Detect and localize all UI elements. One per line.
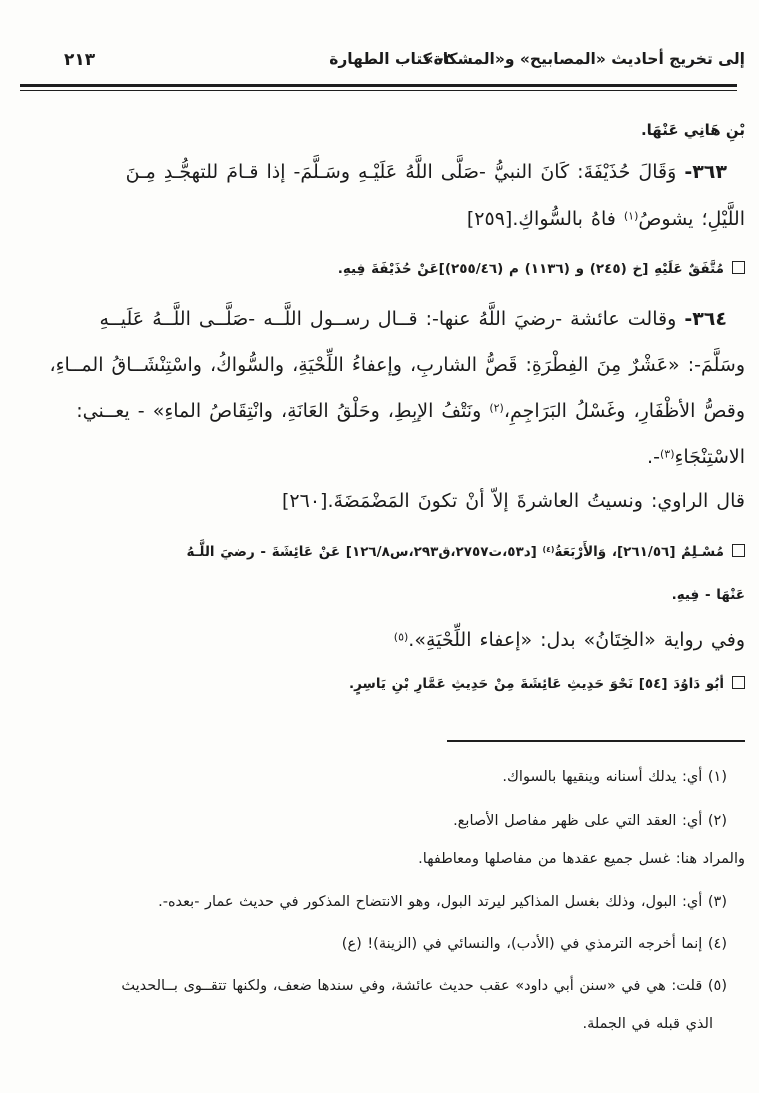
footnote-2-continuation: والمراد هنا: غسل جميع عقدها من مفاصلها و… — [418, 850, 745, 870]
hadith-364-line-4: الاسْتِنْجَاءِ(٣)-. — [647, 445, 745, 471]
hadith-364-takhrij-line-2: عَنْهَا - فِيهِ. — [672, 586, 745, 604]
hadith-364-text-3b: ونَتْفُ الإبِطِ، وحَلْقُ العَانَةِ، وانْ… — [76, 400, 489, 422]
hadith-363-text-2b: فاهُ بالسُّواكِ.[٢٥٩] — [467, 208, 624, 230]
variant-reading-line: وفي رواية «الخِتَانُ» بدل: «إعفاء اللِّح… — [394, 628, 745, 654]
footnote-5-continuation: الذي قبله في الجملة. — [582, 1015, 713, 1035]
hadith-364-text-3a: وقصُّ الأظْفَارِ، وغَسْلُ البَرَاجِمِ، — [504, 400, 745, 422]
takhrij-square-icon — [732, 261, 745, 274]
narrator-remark-line: قال الراوي: ونسيتُ العاشرةَ إلاّ أنْ تكو… — [282, 489, 745, 515]
hadith-364-line-2: وسَلَّمَ-: «عَشْرٌ مِنَ الفِطْرَةِ: قَصُ… — [49, 353, 745, 379]
hadith-364-number: ٣٦٤- — [684, 308, 727, 330]
hadith-363-takhrij-text: مُتَّفَقٌ عَلَيْهِ [خ (٢٤٥) و (١١٣٦) م (… — [338, 261, 724, 277]
footnote-3: (٣) أي: البول، وذلك بغسل المذاكير ليرتد … — [158, 893, 727, 913]
hadith-364-text-1: وقالت عائشة -رضيَ اللَّهُ عنها-: قــال ر… — [99, 308, 684, 330]
footnote-separator-rule — [447, 740, 745, 742]
hadith-364-takhrij-text-a: مُسْـلِمٌ [٢٦١/٥٦]، وَالأَرْبَعَةُ — [554, 544, 724, 560]
hadith-363-takhrij: مُتَّفَقٌ عَلَيْهِ [خ (٢٤٥) و (١١٣٦) م (… — [338, 260, 745, 278]
footnote-1: (١) أي: يدلك أسنانه وينقيها بالسواك. — [502, 768, 727, 788]
takhrij-square-icon — [732, 544, 745, 557]
header-double-rule — [20, 84, 737, 91]
footnote-ref-5: (٥) — [394, 631, 409, 644]
hadith-364-line-1: ٣٦٤- وقالت عائشة -رضيَ اللَّهُ عنها-: قـ… — [99, 307, 727, 333]
hadith-363-number: ٣٦٣- — [684, 161, 727, 183]
hadith-363-text-2a: اللَّيْلِ؛ يشوصُ — [638, 208, 745, 230]
footnote-ref-1: (١) — [624, 210, 639, 223]
hadith-363-line-1: ٣٦٣- وَقَالَ حُذَيْفَةَ: كَانَ النبيُّ -… — [126, 160, 727, 186]
footnote-4: (٤) إنما أخرجه الترمذي في (الأدب)، والنس… — [342, 935, 727, 955]
takhrij-square-icon — [732, 676, 745, 689]
footnote-ref-4: (٤) — [543, 545, 555, 554]
book-page: إلى تخريج أحاديث «المصابيح» و«المشكاة» ٣… — [0, 0, 759, 1093]
hadith-364-text-4b: -. — [647, 446, 660, 468]
hadith-363-line-2: اللَّيْلِ؛ يشوصُ(١) فاهُ بالسُّواكِ.[٢٥٩… — [467, 207, 745, 233]
hadith-364-line-3: وقصُّ الأظْفَارِ، وغَسْلُ البَرَاجِمِ،(٢… — [76, 399, 745, 425]
isnad-continuation-line: بْنِ هَانِي عَنْهَا. — [641, 120, 745, 140]
page-number: ٢١٣ — [64, 50, 95, 70]
hadith-364-text-4a: الاسْتِنْجَاءِ — [675, 446, 746, 468]
running-title: إلى تخريج أحاديث «المصابيح» و«المشكاة» — [424, 50, 745, 68]
hadith-364-takhrij-text-b: [د٥٣،ت٢٧٥٧،ق٢٩٣،س١٢٦/٨] عَنْ عَائِشَةَ -… — [187, 544, 543, 560]
variant-reading-text: وفي رواية «الخِتَانُ» بدل: «إعفاء اللِّح… — [408, 629, 745, 651]
abu-dawud-takhrij-line: أبُو دَاوُدَ [٥٤] نَحْوَ حَدِيثِ عَائِشَ… — [349, 675, 745, 693]
hadith-363-text-1: وَقَالَ حُذَيْفَةَ: كَانَ النبيُّ -صَلَّ… — [126, 161, 685, 183]
footnote-2: (٢) أي: العقد التي على ظهر مفاصل الأصابع… — [453, 812, 727, 832]
hadith-364-takhrij-line-1: مُسْـلِمٌ [٢٦١/٥٦]، وَالأَرْبَعَةُ(٤) [د… — [187, 543, 745, 561]
abu-dawud-takhrij-text: أبُو دَاوُدَ [٥٤] نَحْوَ حَدِيثِ عَائِشَ… — [349, 676, 724, 692]
footnote-ref-2: (٢) — [489, 402, 504, 415]
footnote-5: (٥) قلت: هي في «سنن أبي داود» عقب حديث ع… — [121, 977, 727, 997]
chapter-title: ٣- كتاب الطهارة — [329, 50, 453, 68]
footnote-ref-3: (٣) — [660, 448, 675, 461]
